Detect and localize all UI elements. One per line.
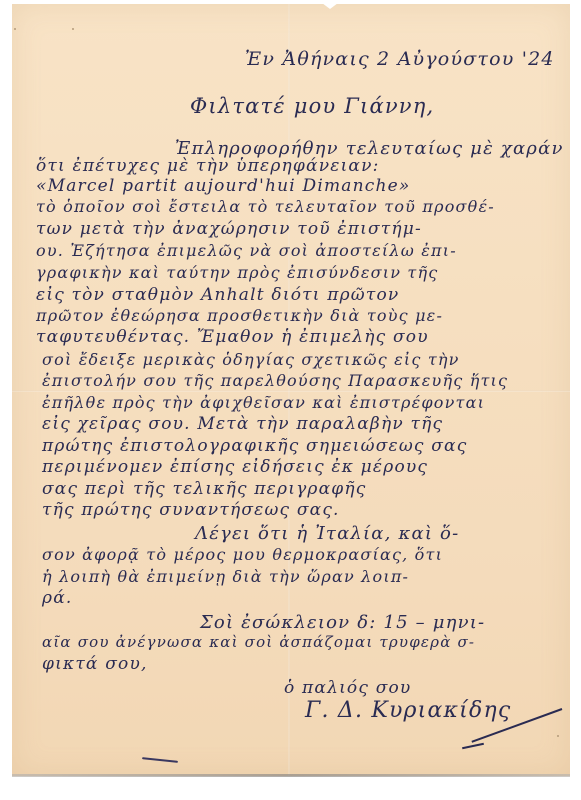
- body-line: γραφικὴν καὶ ταύτην πρὸς ἐπισύνδεσιν τῆς: [36, 263, 438, 282]
- body-line: ὅτι ἐπέτυχες μὲ τὴν ὑπερηφάνειαν:: [36, 156, 380, 176]
- horizontal-fold-crease: [12, 390, 570, 392]
- body-line: τῆς πρώτης συναντήσεως σας.: [42, 500, 340, 520]
- letter-closing: ὁ παλιός σου: [284, 678, 411, 698]
- letter-signature: Γ. Δ. Κυριακίδης: [305, 698, 511, 723]
- paper-speck: [72, 28, 74, 30]
- body-line: σοὶ ἔδειξε μερικὰς ὁδηγίας σχετικῶς εἰς …: [42, 350, 460, 369]
- body-line: φικτά σου,: [42, 654, 148, 674]
- body-line: ἡ λοιπὴ θὰ ἐπιμείνῃ διὰ τὴν ὥραν λοιπ-: [42, 567, 409, 586]
- paper-tear: [318, 0, 342, 9]
- paper-bottom-edge: [12, 774, 570, 777]
- body-line: περιμένομεν ἐπίσης εἰδήσεις ἐκ μέρους: [42, 457, 428, 477]
- body-line: ἐπῆλθε πρὸς τὴν ἀφιχθεῖσαν καὶ ἐπιστρέφο…: [42, 393, 485, 412]
- body-line: ρά.: [42, 588, 72, 608]
- body-line: σας περὶ τῆς τελικῆς περιγραφῆς: [42, 479, 367, 499]
- letter-salutation: Φιλτατέ μου Γιάννη,: [190, 94, 434, 118]
- body-line: ου. Ἐζήτησα ἐπιμελῶς νὰ σοὶ ἀποστείλω ἐπ…: [36, 241, 457, 260]
- body-line: των μετὰ τὴν ἀναχώρησιν τοῦ ἐπιστήμ-: [36, 219, 422, 239]
- body-line: ταφυτευθέντας. Ἔμαθον ἡ ἐπιμελὴς σου: [36, 327, 429, 347]
- paper-speck: [557, 735, 559, 737]
- body-line: εἰς χεῖρας σου. Μετὰ τὴν παραλαβὴν τῆς: [42, 414, 443, 434]
- letter-date: Ἐν Ἀθήναις 2 Αὐγούστου '24: [245, 48, 555, 70]
- body-line: αῖα σου ἀνέγνωσα καὶ σοὶ ἀσπάζομαι τρυφε…: [42, 633, 475, 651]
- body-line: Λέγει ὅτι ἡ Ἰταλία, καὶ ὅ-: [195, 523, 459, 544]
- body-line: εἰς τὸν σταθμὸν Anhalt διότι πρῶτον: [36, 285, 399, 305]
- body-line: «Marcel partit aujourd'hui Dimanche»: [36, 176, 411, 196]
- body-line: τὸ ὁποῖον σοὶ ἔστειλα τὸ τελευταῖον τοῦ …: [36, 197, 495, 216]
- body-line: πρῶτον ἐθεώρησα προσθετικὴν διὰ τοὺς με-: [36, 306, 443, 325]
- body-line: σον ἀφορᾷ τὸ μέρος μου θερμοκρασίας, ὅτι: [42, 545, 443, 564]
- body-line: Σοὶ ἐσώκλειον δ: 15 – μηνι-: [200, 612, 485, 633]
- body-line: ἐπιστολήν σου τῆς παρελθούσης Παρασκευῆς…: [42, 371, 508, 390]
- body-line: πρώτης ἐπιστολογραφικῆς σημειώσεως σας: [42, 436, 467, 456]
- paper-speck: [14, 28, 16, 30]
